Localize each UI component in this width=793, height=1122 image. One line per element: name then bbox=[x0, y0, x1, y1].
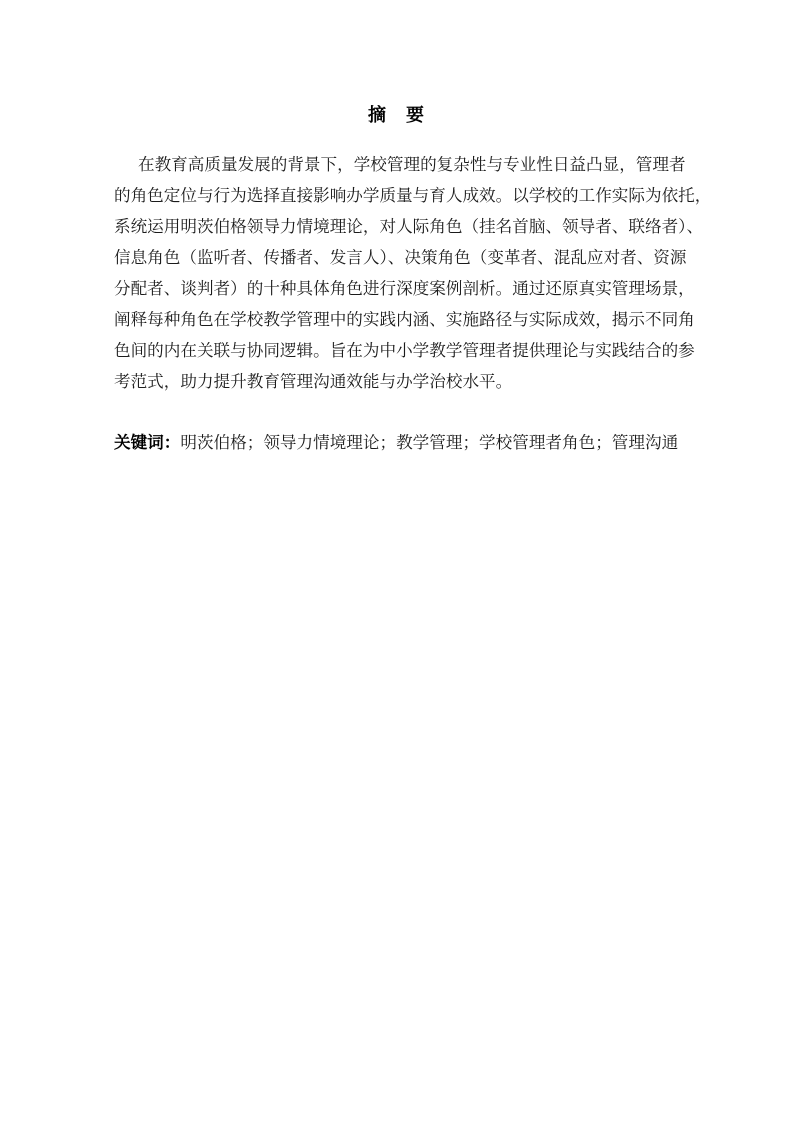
abstract-paragraph: 在教育高质量发展的背景下，学校管理的复杂性与专业性日益凸显，管理者 的角色定位与… bbox=[114, 149, 717, 397]
abstract-line-8: 考范式，助力提升教育管理沟通效能与办学治校水平。 bbox=[114, 366, 717, 397]
document-page: 摘 要 在教育高质量发展的背景下，学校管理的复杂性与专业性日益凸显，管理者 的角… bbox=[0, 0, 793, 1122]
abstract-line-5: 分配者、谈判者）的十种具体角色进行深度案例剖析。通过还原真实管理场景， bbox=[114, 273, 717, 304]
keywords-text: 明茨伯格；领导力情境理论；教学管理；学校管理者角色；管理沟通 bbox=[180, 433, 678, 452]
keywords-label: 关键词： bbox=[114, 433, 180, 452]
abstract-line-1: 在教育高质量发展的背景下，学校管理的复杂性与专业性日益凸显，管理者 bbox=[114, 149, 717, 180]
abstract-line-4: 信息角色（监听者、传播者、发言人）、决策角色（变革者、混乱应对者、资源 bbox=[114, 242, 717, 273]
abstract-line-6: 阐释每种角色在学校教学管理中的实践内涵、实施路径与实际成效，揭示不同角 bbox=[114, 304, 717, 335]
abstract-line-3: 系统运用明茨伯格领导力情境理论，对人际角色（挂名首脑、领导者、联络者）、 bbox=[114, 211, 717, 242]
keywords-line: 关键词：明茨伯格；领导力情境理论；教学管理；学校管理者角色；管理沟通 bbox=[114, 427, 733, 458]
abstract-line-2: 的角色定位与行为选择直接影响办学质量与育人成效。以学校的工作实际为依托， bbox=[114, 180, 717, 211]
abstract-title: 摘 要 bbox=[0, 0, 793, 131]
abstract-line-7: 色间的内在关联与协同逻辑。旨在为中小学教学管理者提供理论与实践结合的参 bbox=[114, 335, 717, 366]
